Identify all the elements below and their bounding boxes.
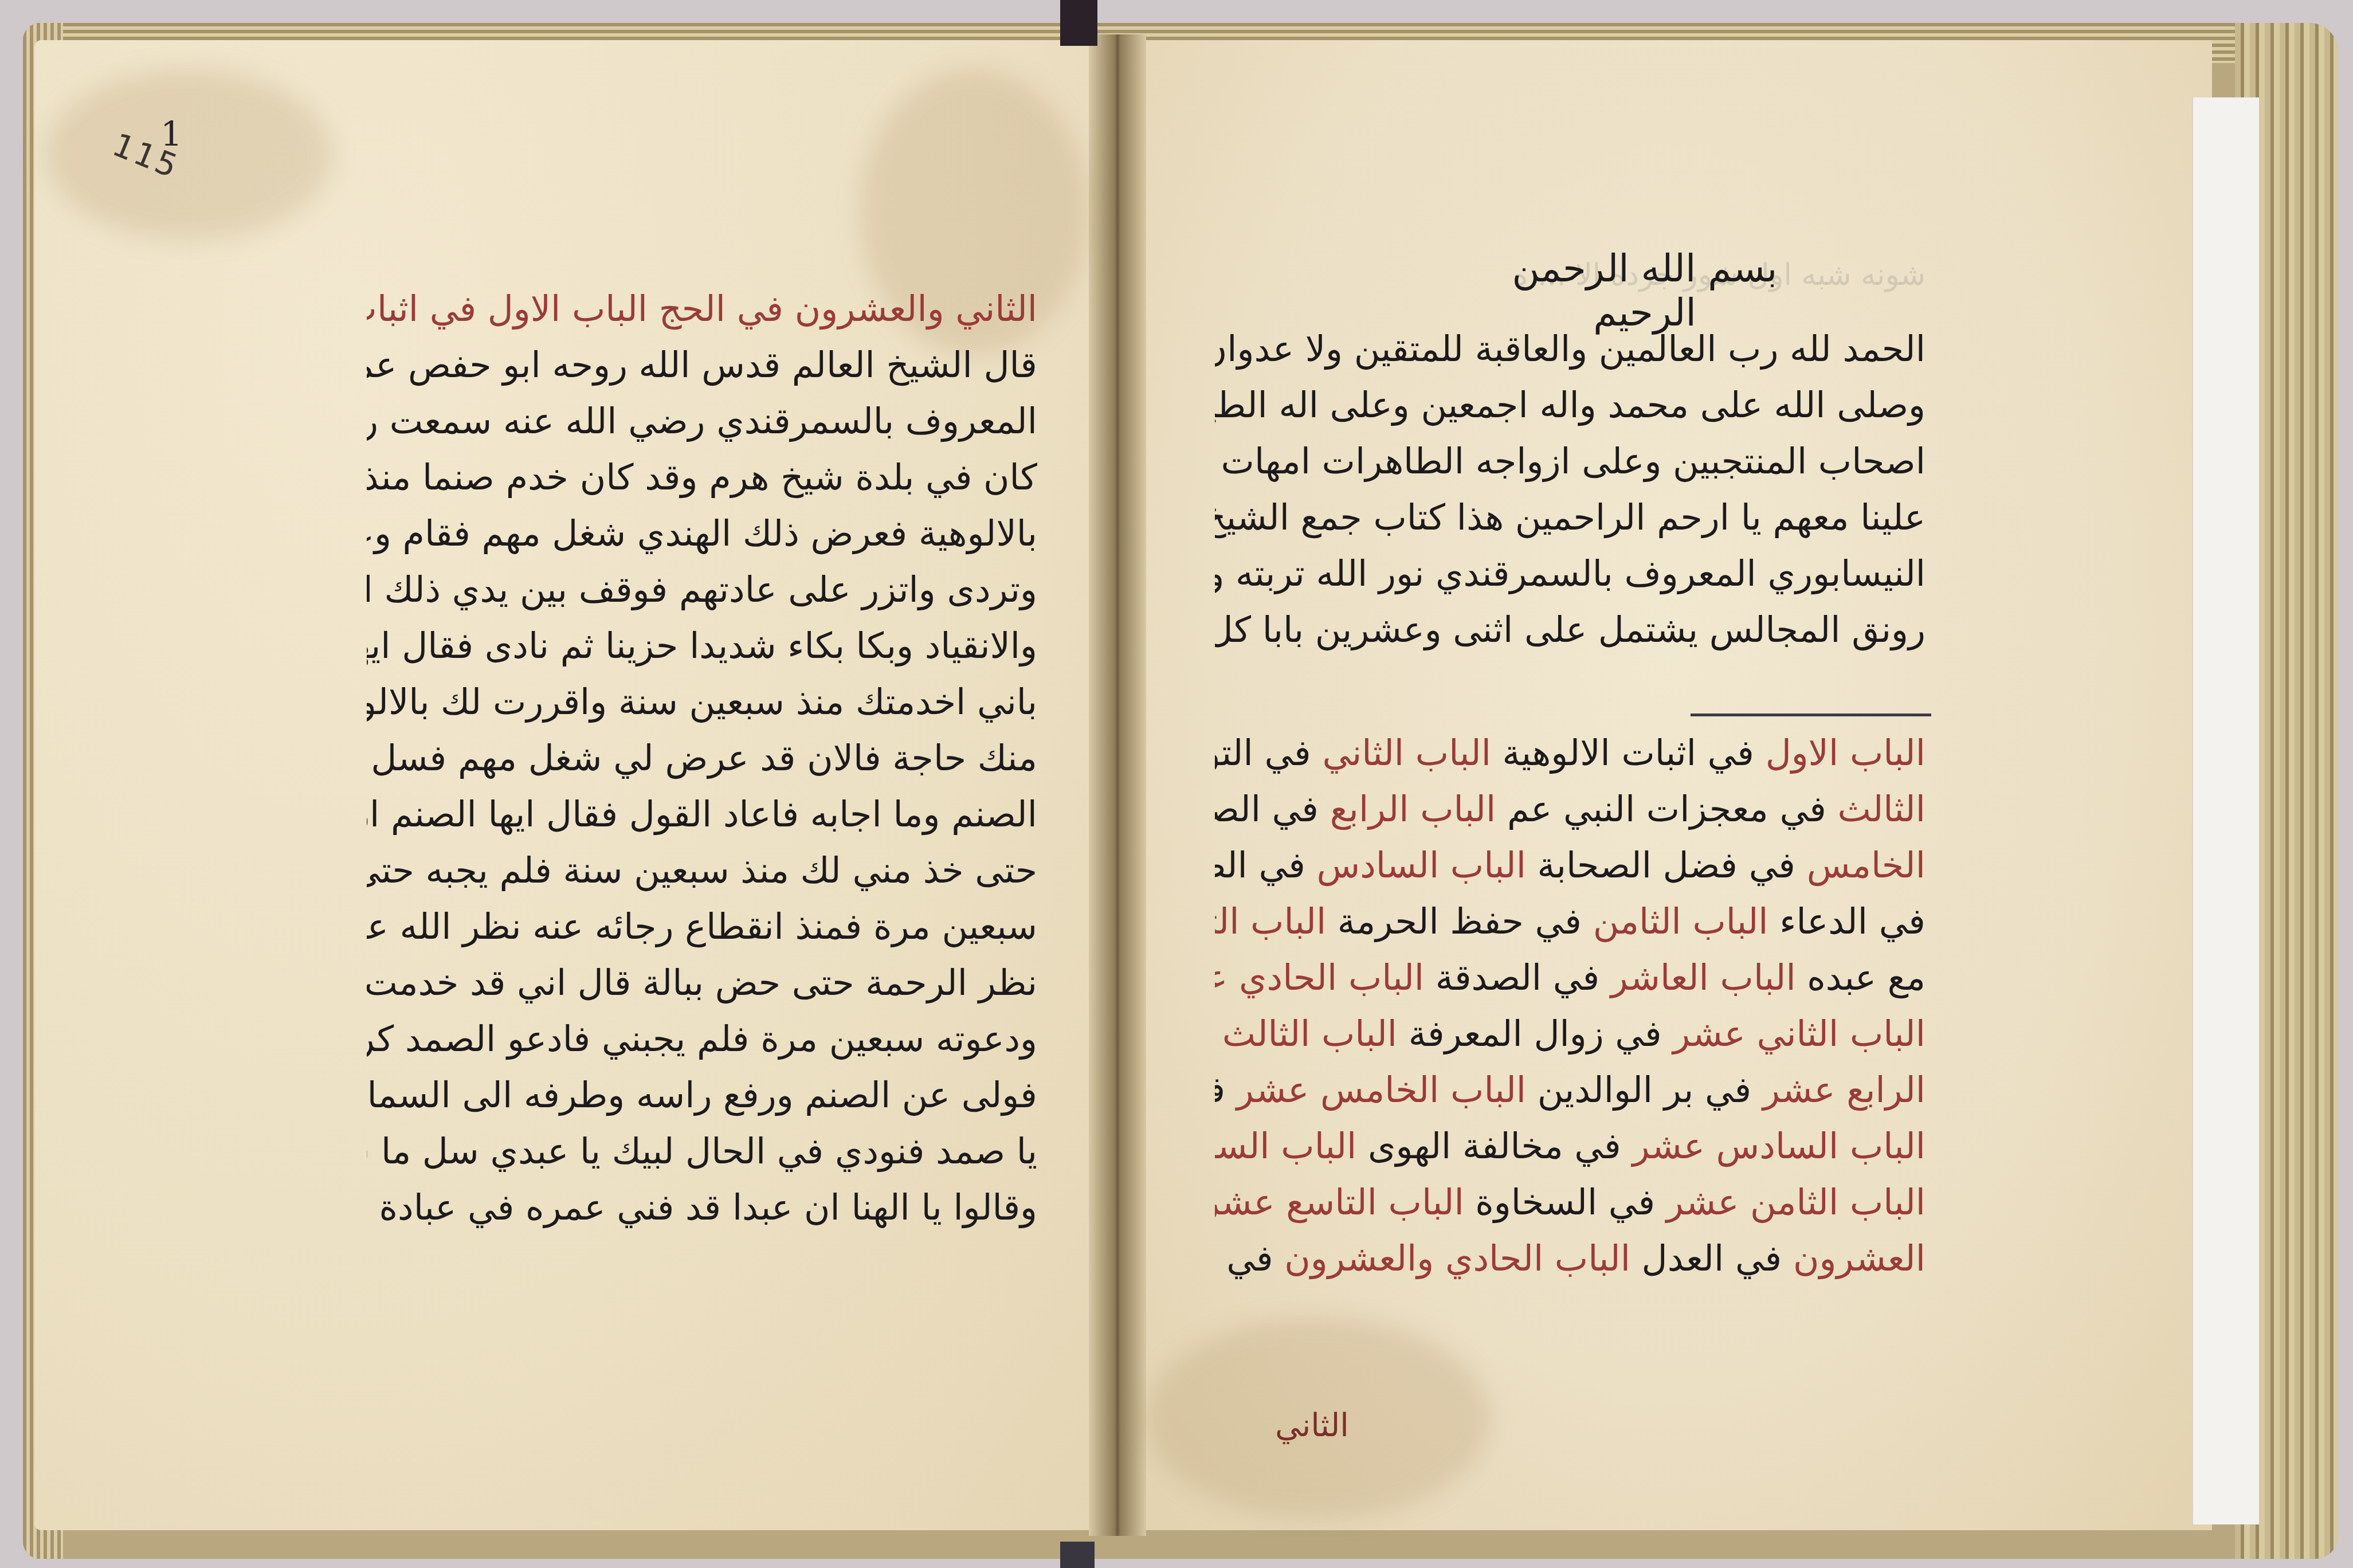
left-line: يا صمد فنودي في الحال لبيك يا عبدي سل ما…: [367, 1123, 1037, 1179]
chapter-title: في السخاوة: [1464, 1181, 1666, 1223]
right-line: رونق المجالس يشتمل على اثنى وعشرين بابا …: [1215, 602, 1925, 658]
chapter-label: الباب السابع عشر: [1215, 1125, 1356, 1167]
right-page-preface: الحمد لله رب العالمين والعاقبة للمتقين و…: [1215, 321, 1925, 658]
right-line: النيسابوري المعروف بالسمرقندي نور الله ت…: [1215, 546, 1925, 602]
chapter-title: في التوحيد: [1215, 732, 1322, 774]
chapter-title: في بر الوالدين: [1526, 1069, 1763, 1111]
folio-mark: 1: [160, 115, 182, 155]
chapter-label: الباب التاسع: [1215, 900, 1326, 942]
separator-rule: [1691, 714, 1931, 716]
toc-line: الرابع عشر في بر الوالدين الباب الخامس ع…: [1215, 1062, 1925, 1118]
table-of-contents: الباب الاول في اثبات الالوهية الباب الثا…: [1215, 725, 1925, 1287]
chapter-label: الباب العاشر: [1611, 957, 1796, 998]
left-line: والانقياد وبكا بكاء شديدا حزينا ثم نادى …: [367, 618, 1037, 674]
toc-line: الباب الثاني عشر في زوال المعرفة الباب ا…: [1215, 1006, 1925, 1062]
chapter-label: الباب الرابع: [1330, 788, 1496, 830]
chapter-label: الباب الخامس عشر: [1237, 1069, 1526, 1111]
chapter-label: العشرون: [1793, 1237, 1925, 1279]
toc-line: الباب السادس عشر في مخالفة الهوى الباب ا…: [1215, 1118, 1925, 1174]
chapter-title: في فضل الصحابة: [1526, 844, 1807, 886]
water-stain: [46, 69, 332, 241]
chapter-title: في مخالفة الهوى: [1356, 1125, 1632, 1167]
bookmark-ribbon-top: [1060, 0, 1097, 46]
chapter-title: في الرزق والتوكل على الله: [1215, 1069, 1237, 1111]
right-line: علينا معهم يا ارحم الراحمين هذا كتاب جمع…: [1215, 489, 1925, 546]
chapter-label: الخامس: [1807, 844, 1925, 886]
left-line: فولى عن الصنم ورفع راسه وطرفه الى السماء…: [367, 1067, 1037, 1123]
toc-line: مع عبده الباب العاشر في الصدقة الباب الح…: [1215, 950, 1925, 1006]
chapter-title: في العدل: [1630, 1237, 1793, 1279]
heading-red: الثاني والعشرون في الحج الباب الاول في ا…: [367, 288, 1037, 330]
chapter-title: في الدعاء: [1768, 900, 1925, 942]
left-line: ودعوته سبعين مرة فلم يجبني فادعو الصمد ك…: [367, 1011, 1037, 1067]
book-gutter: [1089, 34, 1146, 1536]
left-line: سبعين مرة فمنذ انقطاع رجائه عنه نظر الله…: [367, 899, 1037, 955]
chapter-label: الباب الثامن عشر: [1666, 1181, 1925, 1223]
chapter-title: في اثبات الالوهية: [1491, 732, 1766, 774]
left-line: كان في بلدة شيخ هرم وقد كان خدم صنما منذ…: [367, 449, 1037, 505]
bookmark-ribbon-bottom: [1060, 1542, 1095, 1568]
toc-line: الخامس في فضل الصحابة الباب السادس في ال…: [1215, 837, 1925, 893]
chapter-title: في الصلوة على محمد عم: [1215, 788, 1330, 830]
left-page-text: الثاني والعشرون في الحج الباب الاول في ا…: [367, 281, 1037, 1236]
toc-line: الثالث في معجزات النبي عم الباب الرابع ف…: [1215, 781, 1925, 837]
chapter-label: الباب الاول: [1766, 732, 1925, 774]
toc-line: العشرون في العدل الباب الحادي والعشرون ف…: [1215, 1230, 1925, 1287]
chapter-label: الباب التاسع عشر: [1215, 1181, 1464, 1223]
toc-line: الباب الاول في اثبات الالوهية الباب الثا…: [1215, 725, 1925, 781]
left-line: وتردى واتزر على عادتهم فوقف بين يدي ذلك …: [367, 562, 1037, 618]
left-line: بالالوهية فعرض ذلك الهندي شغل مهم فقام و…: [367, 505, 1037, 562]
left-line: نظر الرحمة حتى حض ببالة قال اني قد خدمت …: [367, 955, 1037, 1011]
chapter-label: الباب الحادي والعشرون: [1284, 1237, 1630, 1279]
toc-line: في الدعاء الباب الثامن في حفظ الحرمة الب…: [1215, 893, 1925, 950]
chapter-title: في معجزات النبي عم: [1496, 788, 1837, 830]
left-line: وقالوا يا الهنا ان عبدا قد فني عمره في ع…: [367, 1179, 1037, 1236]
chapter-label: الباب السادس عشر: [1632, 1125, 1925, 1167]
left-line: باني اخدمتك منذ سبعين سنة واقررت لك بالا…: [367, 674, 1037, 730]
chapter-title: في الورع الباب: [1215, 1237, 1284, 1279]
chapter-label: الباب الثالث عشر: [1215, 1013, 1397, 1055]
paper-slip-marker: [2192, 97, 2259, 1524]
catchword: الثاني: [1275, 1407, 1349, 1444]
chapter-label: الباب السادس: [1317, 844, 1526, 886]
chapter-title: في الصدقة: [1424, 957, 1611, 998]
right-line: الحمد لله رب العالمين والعاقبة للمتقين و…: [1215, 321, 1925, 377]
left-line: حتى خذ مني لك منذ سبعين سنة فلم يجبه حتى…: [367, 842, 1037, 899]
chapter-label: الباب الحادي عشر: [1215, 957, 1424, 998]
chapter-title: في حفظ الحرمة: [1326, 900, 1593, 942]
chapter-label: الباب الثاني عشر: [1673, 1013, 1925, 1055]
toc-line: الباب الثامن عشر في السخاوة الباب التاسع…: [1215, 1174, 1925, 1230]
chapter-label: الباب الثاني: [1322, 732, 1491, 774]
chapter-title: في زوال المعرفة: [1397, 1013, 1673, 1055]
left-line: منك حاجة فالان قد عرض لي شغل مهم فسل الل…: [367, 730, 1037, 786]
right-line: وصلى الله على محمد واله اجمعين وعلى اله …: [1215, 377, 1925, 433]
left-line-heading: الثاني والعشرون في الحج الباب الاول في ا…: [367, 281, 1037, 337]
chapter-label: الباب الثامن: [1593, 900, 1768, 942]
chapter-label: الثالث: [1838, 788, 1926, 830]
left-line: المعروف بالسمرقندي رضي الله عنه سمعت رجل…: [367, 393, 1037, 449]
chapter-title: مع عبده: [1796, 957, 1925, 998]
chapter-label: الرابع عشر: [1763, 1069, 1925, 1111]
left-line: قال الشيخ العالم قدس الله روحه ابو حفص ع…: [367, 337, 1037, 393]
right-line: اصحاب المنتجبين وعلى ازواجه الطاهرات امه…: [1215, 433, 1925, 489]
left-line: الصنم وما اجابه فاعاد القول فقال ايها ال…: [367, 786, 1037, 842]
chapter-title: في الصلوة: [1215, 844, 1317, 886]
